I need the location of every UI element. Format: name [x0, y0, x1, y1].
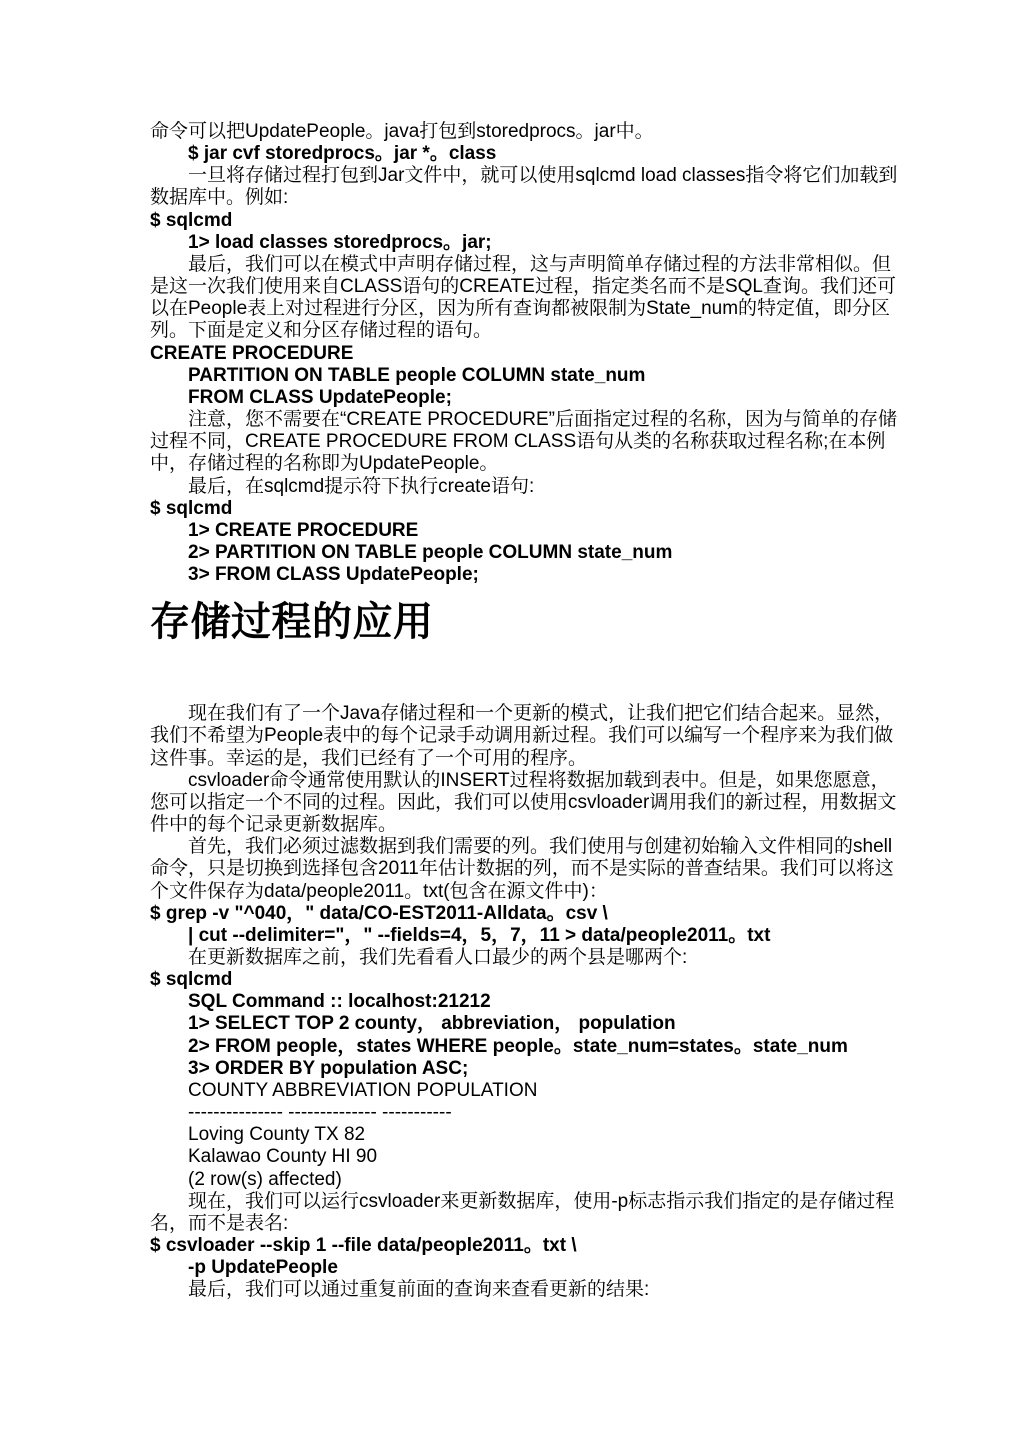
- text-line: $ sqlcmd: [150, 210, 869, 232]
- text-line: $ csvloader --skip 1 --file data/people2…: [150, 1235, 869, 1257]
- text-line: COUNTY ABBREVIATION POPULATION: [150, 1080, 869, 1102]
- text-line: 命令可以把UpdatePeople。java打包到storedprocs。jar…: [150, 121, 869, 143]
- text-line: 最后，在sqlcmd提示符下执行create语句:: [150, 476, 869, 498]
- text-line: 在更新数据库之前，我们先看看人口最少的两个县是哪两个:: [150, 947, 869, 969]
- text-line: Kalawao County HI 90: [150, 1146, 869, 1168]
- text-line: 1> SELECT TOP 2 county， abbreviation， po…: [150, 1013, 869, 1035]
- paragraph-block-top: 命令可以把UpdatePeople。java打包到storedprocs。jar…: [150, 121, 869, 586]
- text-line: 过程不同，CREATE PROCEDURE FROM CLASS语句从类的名称获…: [150, 431, 869, 453]
- text-line: 您可以指定一个不同的过程。因此，我们可以使用csvloader调用我们的新过程，…: [150, 792, 869, 814]
- text-line: 名，而不是表名:: [150, 1213, 869, 1235]
- text-line: | cut --delimiter="，" --fields=4，5，7，11 …: [150, 925, 869, 947]
- text-line: 3> ORDER BY population ASC;: [150, 1058, 869, 1080]
- text-line: 2> FROM people，states WHERE people。state…: [150, 1036, 869, 1058]
- text-line: FROM CLASS UpdatePeople;: [150, 387, 869, 409]
- text-line: 1> load classes storedprocs。jar;: [150, 232, 869, 254]
- text-line: csvloader命令通常使用默认的INSERT过程将数据加载到表中。但是，如果…: [150, 770, 869, 792]
- section-heading: 存储过程的应用: [150, 598, 869, 646]
- text-line: 3> FROM CLASS UpdatePeople;: [150, 564, 869, 586]
- text-line: (2 row(s) affected): [150, 1169, 869, 1191]
- text-line: 以在People表上对过程进行分区，因为所有查询都被限制为State_num的特…: [150, 298, 869, 320]
- document-page: 命令可以把UpdatePeople。java打包到storedprocs。jar…: [0, 0, 1019, 1440]
- text-line: 1> CREATE PROCEDURE: [150, 520, 869, 542]
- text-line: 个文件保存为data/people2011。txt(包含在源文件中)：: [150, 881, 869, 903]
- text-line: 2> PARTITION ON TABLE people COLUMN stat…: [150, 542, 869, 564]
- text-line: 现在我们有了一个Java存储过程和一个更新的模式，让我们把它们结合起来。显然，: [150, 703, 869, 725]
- text-line: CREATE PROCEDURE: [150, 343, 869, 365]
- text-line: $ sqlcmd: [150, 498, 869, 520]
- text-line: --------------- -------------- ---------…: [150, 1102, 869, 1124]
- text-line: 注意，您不需要在“CREATE PROCEDURE”后面指定过程的名称，因为与简…: [150, 409, 869, 431]
- text-line: 一旦将存储过程打包到Jar文件中，就可以使用sqlcmd load classe…: [150, 165, 869, 187]
- text-line: 命令，只是切换到选择包含2011年估计数据的列，而不是实际的普查结果。我们可以将…: [150, 858, 869, 880]
- text-line: 这件事。幸运的是，我们已经有了一个可用的程序。: [150, 748, 869, 770]
- text-line: PARTITION ON TABLE people COLUMN state_n…: [150, 365, 869, 387]
- text-line: 是这一次我们使用来自CLASS语句的CREATE过程，指定类名而不是SQL查询。…: [150, 276, 869, 298]
- text-line: SQL Command :: localhost:21212: [150, 991, 869, 1013]
- text-line: -p UpdatePeople: [150, 1257, 869, 1279]
- text-line: Loving County TX 82: [150, 1124, 869, 1146]
- text-line: 数据库中。例如:: [150, 187, 869, 209]
- text-line: $ grep -v "^040，" data/CO-EST2011-Alldat…: [150, 903, 869, 925]
- text-line: 我们不希望为People表中的每个记录手动调用新过程。我们可以编写一个程序来为我…: [150, 725, 869, 747]
- document-content: 命令可以把UpdatePeople。java打包到storedprocs。jar…: [150, 121, 869, 1302]
- text-line: 现在，我们可以运行csvloader来更新数据库，使用-p标志指示我们指定的是存…: [150, 1191, 869, 1213]
- text-line: 中，存储过程的名称即为UpdatePeople。: [150, 453, 869, 475]
- text-line: 首先，我们必须过滤数据到我们需要的列。我们使用与创建初始输入文件相同的shell: [150, 836, 869, 858]
- text-line: 最后，我们可以通过重复前面的查询来查看更新的结果:: [150, 1279, 869, 1301]
- text-line: 件中的每个记录更新数据库。: [150, 814, 869, 836]
- text-line: 最后，我们可以在模式中声明存储过程，这与声明简单存储过程的方法非常相似。但: [150, 254, 869, 276]
- paragraph-block-bottom: 现在我们有了一个Java存储过程和一个更新的模式，让我们把它们结合起来。显然，我…: [150, 703, 869, 1301]
- text-line: $ sqlcmd: [150, 969, 869, 991]
- text-line: $ jar cvf storedprocs。jar *。class: [150, 143, 869, 165]
- text-line: 列。下面是定义和分区存储过程的语句。: [150, 320, 869, 342]
